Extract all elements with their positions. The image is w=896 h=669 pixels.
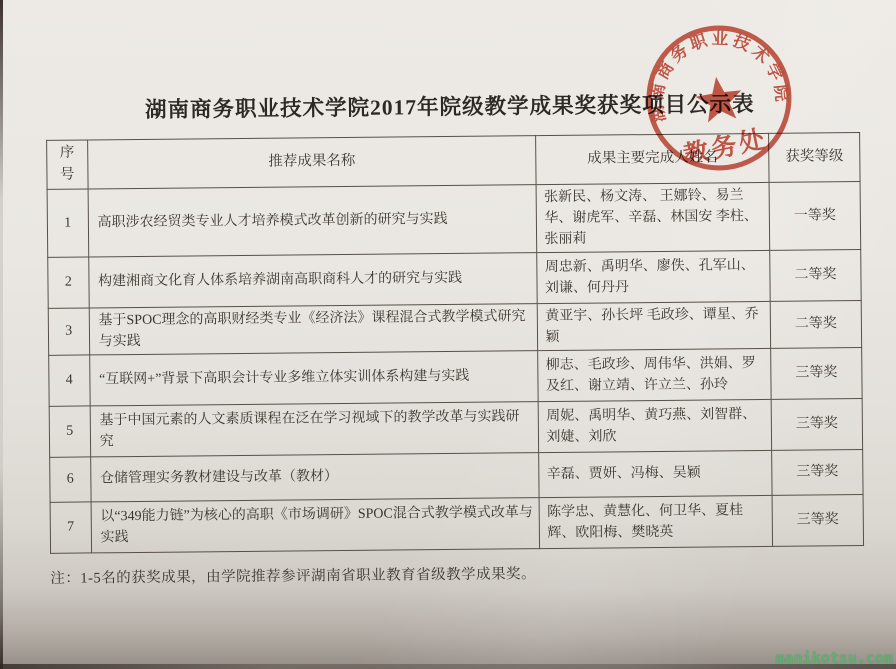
achievement-name: 高职涉农经贸类专业人才培养模式改革创新的研究与实践 (88, 184, 537, 256)
row-number: 1 (47, 188, 88, 256)
table-row: 7 以“349能力链”为核心的高职《市场调研》SPOC混合式教学模式改革与实践 … (50, 494, 863, 553)
award-level: 三等奖 (772, 449, 863, 495)
completers-names: 周妮、禹明华、黄巧燕、刘智群、刘婕、刘欣 (539, 399, 772, 452)
table-row: 4 “互联网+”背景下高职会计专业多维立体实训体系构建与实践 柳志、毛政珍、周伟… (49, 347, 862, 406)
award-level: 三等奖 (772, 494, 864, 546)
watermark-text: manikotsu.com (776, 649, 893, 667)
award-level: 二等奖 (770, 249, 862, 301)
photo-edge-left (0, 0, 3, 669)
header-completers: 成果主要完成人姓名 (536, 133, 769, 184)
row-number: 4 (49, 354, 90, 405)
photo-edge-bottom (0, 664, 896, 669)
table-row: 2 构建湘商文化育人体系培养湖南高职商科人才的研究与实践 周忠新、禹明华、廖佚、… (48, 249, 861, 308)
completers-names: 陈学忠、黄慧化、何卫华、夏桂辉、欧阳梅、樊晓英 (539, 495, 772, 548)
row-number: 6 (50, 456, 91, 501)
achievement-name: 仓储管理实务教材建设与改革（教材） (90, 452, 539, 501)
table-header-row: 序号 推荐成果名称 成果主要完成人姓名 获奖等级 (47, 133, 860, 189)
completers-names: 张新民、杨文涛、 王娜铃、易兰华、谢虎军、辛磊、林国安 李柱、张丽莉 (536, 182, 769, 252)
footnote: 注：1-5名的获奖成果，由学院推荐参评湖南省职业教育省级教学成果奖。 (50, 558, 896, 587)
achievement-name: 基于中国元素的人文素质课程在泛在学习视域下的教学改革与实践研究 (90, 401, 539, 456)
award-table: 序号 推荐成果名称 成果主要完成人姓名 获奖等级 1 高职涉农经贸类专业人才培养… (46, 132, 864, 553)
achievement-name: 构建湘商文化育人体系培养湖南高职商科人才的研究与实践 (88, 252, 537, 307)
completers-names: 黄亚宇、孙长坪 毛政珍、谭星、乔颖 (538, 301, 771, 350)
achievement-name: 以“349能力链”为核心的高职《市场调研》SPOC混合式教学模式改革与实践 (91, 497, 540, 552)
document-title: 湖南商务职业技术学院2017年院级教学成果奖获奖项目公示表 (46, 86, 854, 125)
row-number: 7 (50, 501, 91, 552)
table-row: 3 基于SPOC理念的高职财经类专业《经济法》课程混合式教学模式研究与实践 黄亚… (48, 300, 861, 355)
completers-names: 周忠新、禹明华、廖佚、孔军山、刘谦、何丹丹 (537, 250, 770, 303)
award-level: 一等奖 (769, 181, 861, 250)
table-row: 5 基于中国元素的人文素质课程在泛在学习视域下的教学改革与实践研究 周妮、禹明华… (49, 398, 862, 457)
header-achievement-name: 推荐成果名称 (87, 136, 536, 189)
table-row: 6 仓储管理实务教材建设与改革（教材） 辛磊、贾妍、冯梅、吴颖 三等奖 (50, 449, 863, 502)
award-level: 三等奖 (771, 347, 863, 399)
achievement-name: 基于SPOC理念的高职财经类专业《经济法》课程混合式教学模式研究与实践 (89, 303, 538, 354)
document-content: 湖南商务职业技术学院2017年院级教学成果奖获奖项目公示表 序号 推荐成果名称 … (0, 0, 896, 669)
header-serial-number: 序号 (47, 140, 88, 189)
completers-names: 辛磊、贾妍、冯梅、吴颖 (539, 450, 772, 497)
completers-names: 柳志、毛政珍、周伟华、洪娟、罗及红、谢立靖、许立兰、孙玲 (538, 348, 771, 401)
achievement-name: “互联网+”背景下高职会计专业多维立体实训体系构建与实践 (89, 350, 538, 405)
award-level: 二等奖 (770, 300, 862, 348)
row-number: 2 (48, 256, 89, 307)
table-row: 1 高职涉农经贸类专业人才培养模式改革创新的研究与实践 张新民、杨文涛、 王娜铃… (47, 181, 861, 257)
row-number: 3 (48, 307, 89, 354)
header-award-level: 获奖等级 (769, 133, 861, 182)
row-number: 5 (49, 405, 90, 456)
award-level: 三等奖 (771, 398, 863, 450)
